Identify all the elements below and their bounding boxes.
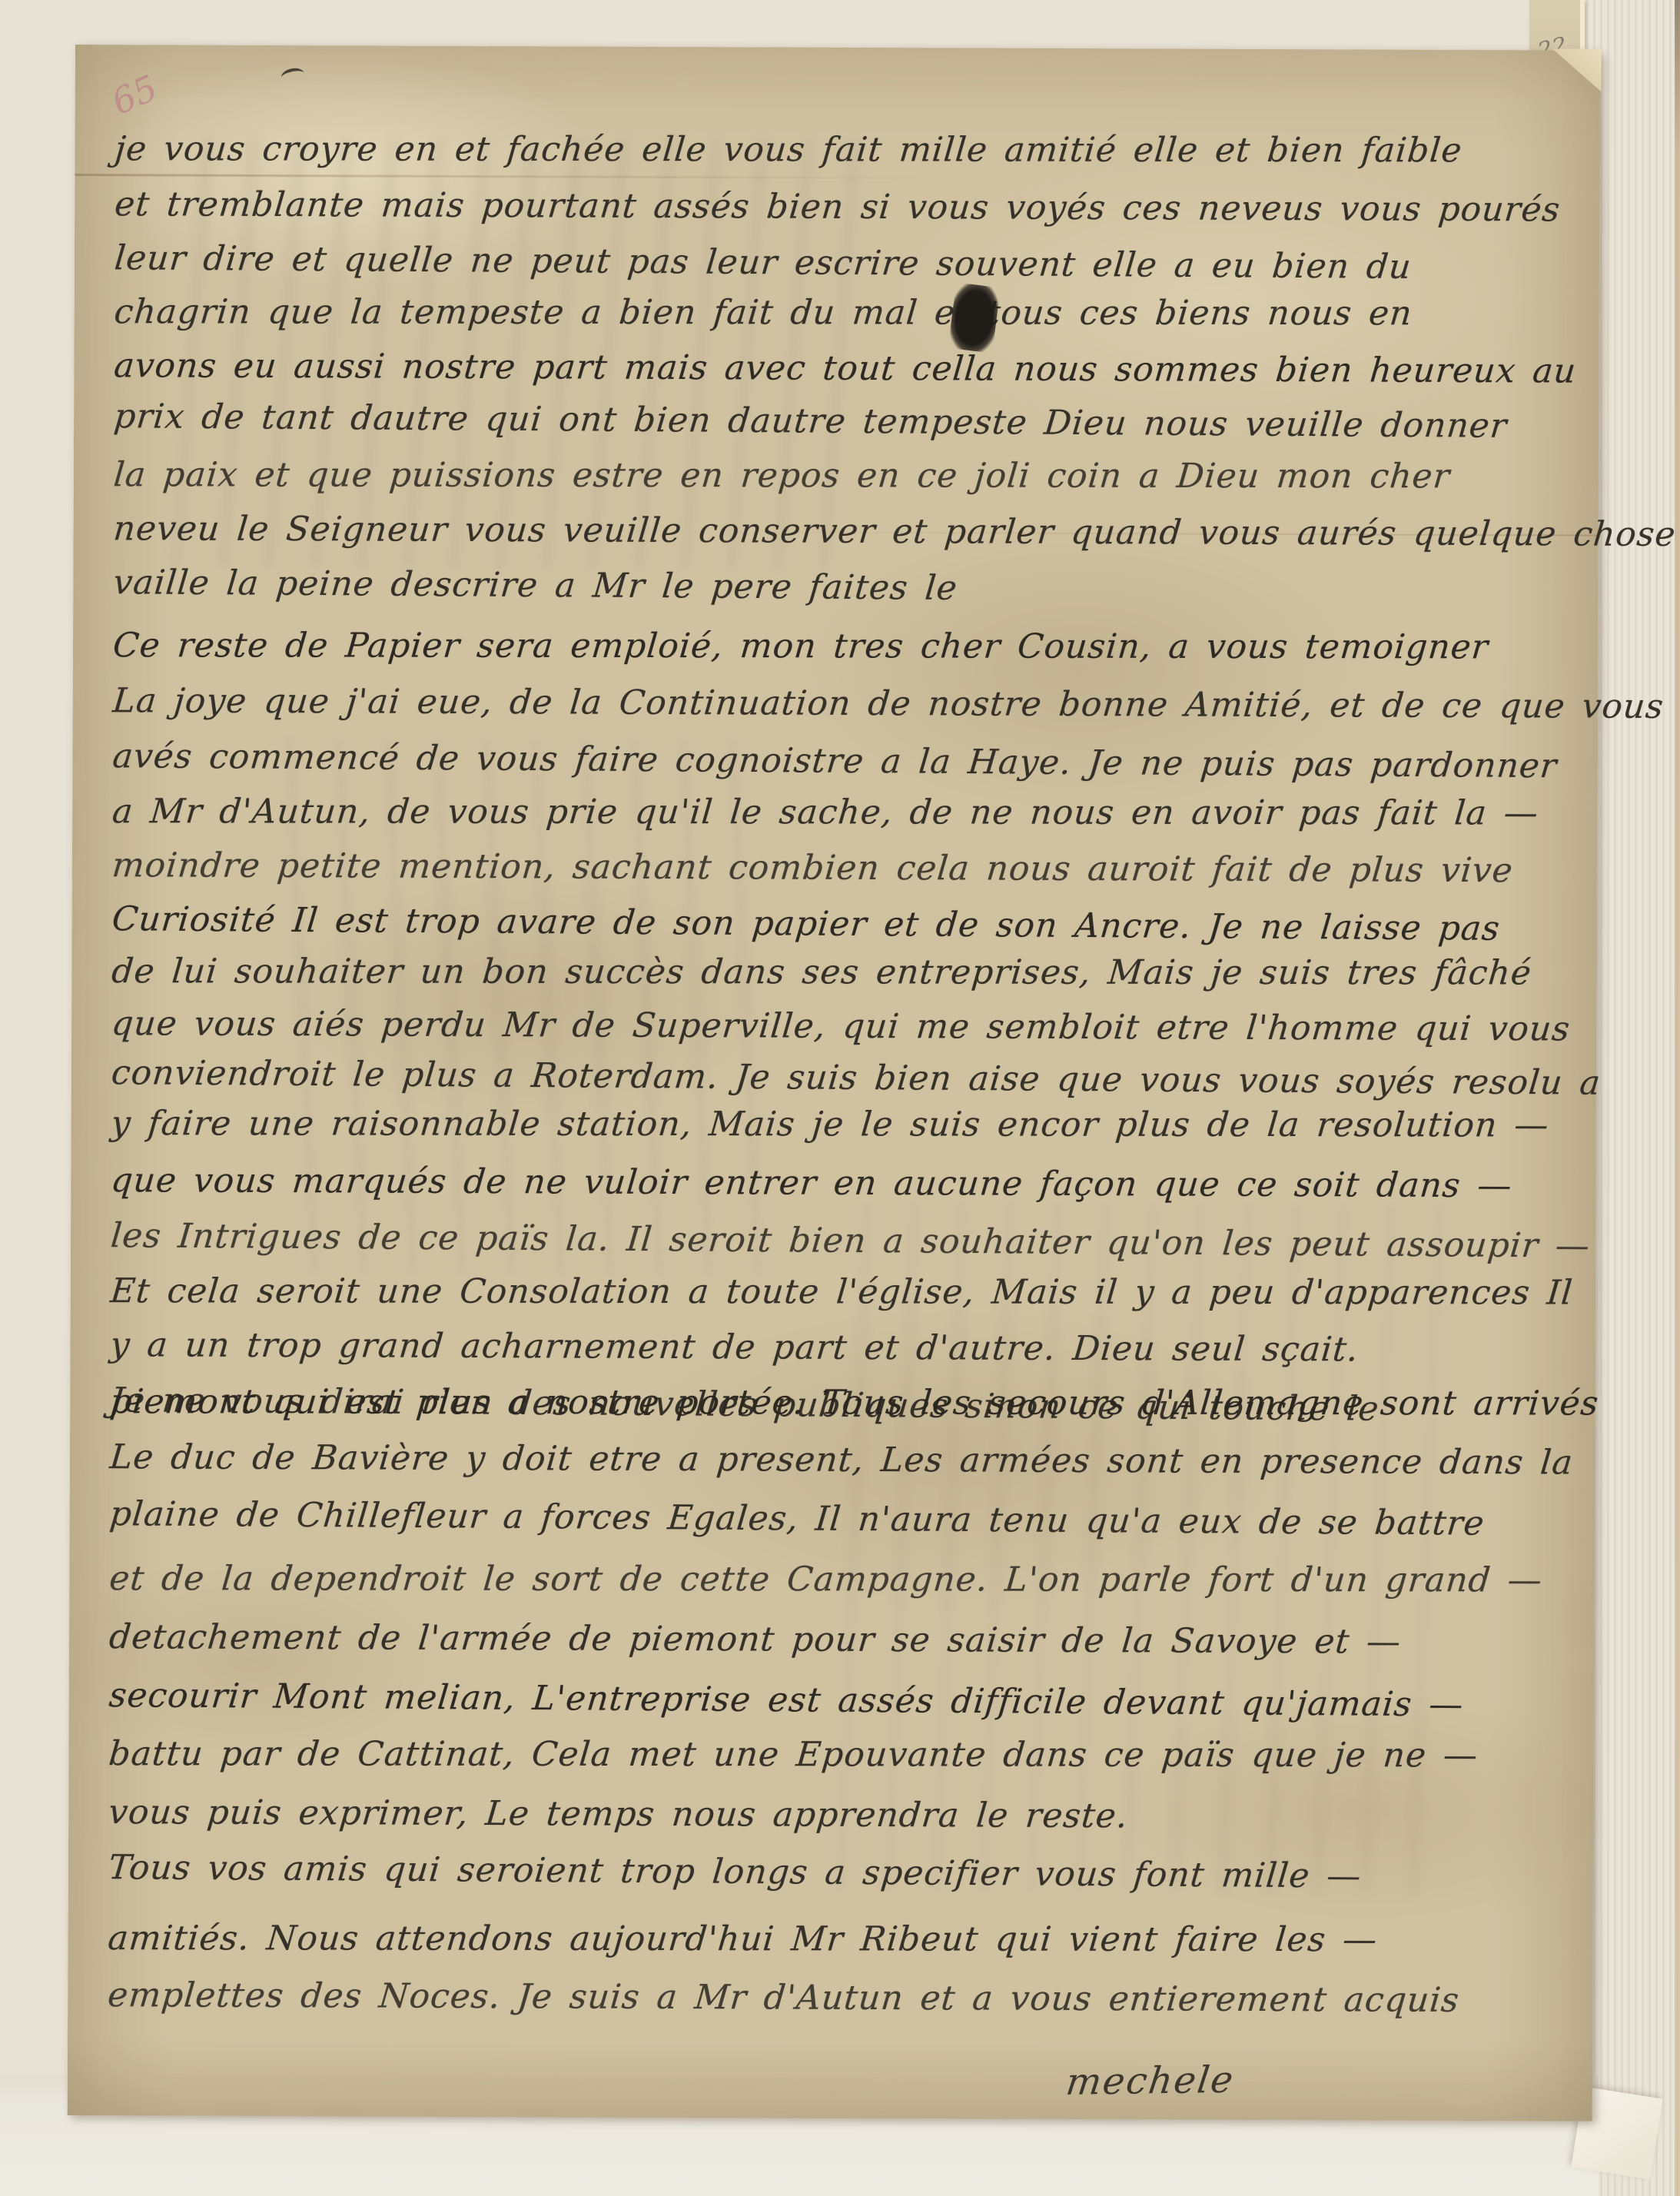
- letter-line: secourir Mont melian, L'entreprise est a…: [108, 1676, 1466, 1724]
- letter-line: Ce reste de Papier sera emploié, mon tre…: [111, 626, 1490, 666]
- scanned-letter-scene: 22 65 je vous croyre en et fachée elle v…: [0, 0, 1680, 2196]
- letter-line: La joye que j'ai eue, de la Continuation…: [111, 681, 1599, 726]
- letter-line: y faire une raisonnable station, Mais je…: [110, 1104, 1551, 1145]
- letter-line: Le duc de Bavière y doit etre a present,…: [108, 1437, 1575, 1482]
- letter-line: et de la dependroit le sort de cette Cam…: [108, 1559, 1544, 1600]
- letter-line: detachement de l'armée de piemont pour s…: [108, 1617, 1403, 1661]
- letter-line: a Mr d'Autun, de vous prie qu'il le sach…: [111, 792, 1540, 832]
- ink-blot: [948, 282, 1000, 354]
- letter-line: et tremblante mais pourtant assés bien s…: [113, 184, 1562, 229]
- letter-line: leur dire et quelle ne peut pas leur esc…: [113, 238, 1413, 287]
- letter-line: Tous vos amis qui seroient trop longs a …: [107, 1848, 1363, 1895]
- letter-line: Et cela seroit une Consolation a toute l…: [109, 1271, 1575, 1312]
- letter-line: y a un trop grand acharnement de part et…: [108, 1325, 1360, 1369]
- letter-line: que vous aiés perdu Mr de Superville, qu…: [110, 1004, 1572, 1048]
- letter-line: avons eu aussi nostre part mais avec tou…: [112, 346, 1578, 390]
- signature: mechele: [1064, 2058, 1237, 2104]
- letter-body: je vous croyre en et fachée elle vous fa…: [68, 45, 1600, 2121]
- letter-line: la paix et que puissions estre en repos …: [112, 455, 1452, 496]
- letter-line: vaille la peine descrire a Mr le pere fa…: [111, 563, 959, 608]
- letter-line: Curiosité Il est trop avare de son papie…: [111, 899, 1502, 948]
- letter-line: amitiés. Nous attendons aujourd'hui Mr R…: [106, 1919, 1379, 1959]
- letter-line: plaine de Chillefleur a forces Egales, I…: [108, 1494, 1487, 1543]
- letter-page: 65 je vous croyre en et fachée elle vous…: [68, 45, 1600, 2121]
- letter-line: avés commencé de vous faire cognoistre a…: [111, 736, 1559, 786]
- letter-line: chagrin que la tempeste a bien fait du m…: [113, 292, 1414, 333]
- letter-line: prix de tant dautre qui ont bien dautre …: [112, 397, 1509, 446]
- letter-line: conviendroit le plus a Roterdam. Je suis…: [110, 1053, 1596, 1102]
- letter-line: de lui souhaiter un bon succès dans ses …: [110, 952, 1533, 992]
- letter-line: emplettes des Noces. Je suis a Mr d'Autu…: [106, 1975, 1461, 2020]
- letter-line: moindre petite mention, sachant combien …: [111, 846, 1515, 890]
- letter-line: je vous croyre en et fachée elle vous fa…: [113, 129, 1463, 170]
- letter-line: vous puis exprimer, Le temps nous appren…: [107, 1792, 1130, 1836]
- letter-line: neveu le Seigneur vous veuille conserver…: [111, 509, 1599, 553]
- letter-line: les Intrigues de ce païs la. Il seroit b…: [109, 1216, 1592, 1265]
- letter-line: que vous marqués de ne vuloir entrer en …: [109, 1161, 1514, 1205]
- letter-line: battu par de Cattinat, Cela met une Epou…: [107, 1734, 1479, 1775]
- letter-line: piemont qui est plus a nostre portée. To…: [108, 1382, 1595, 1423]
